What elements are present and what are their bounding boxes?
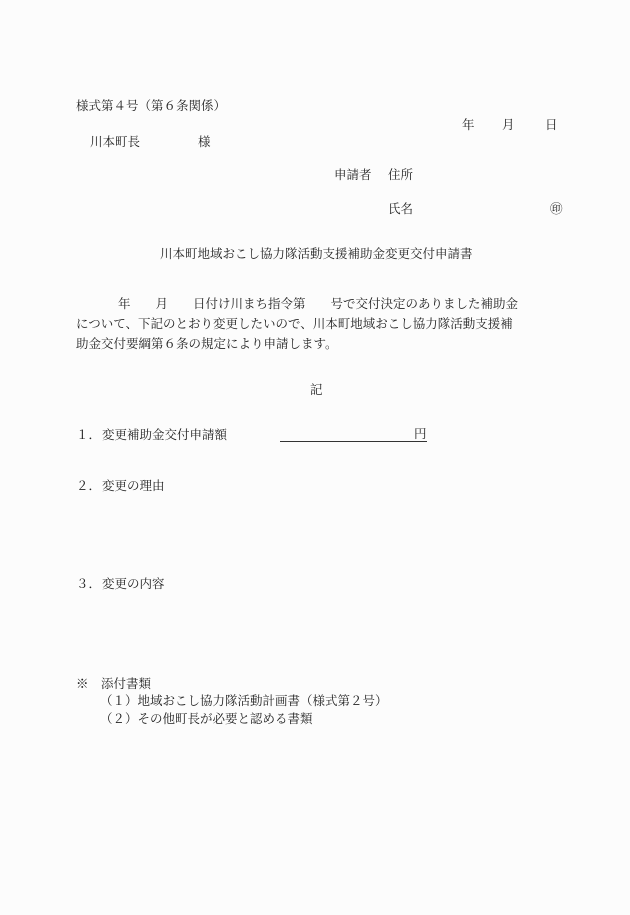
item-1-number: １． xyxy=(76,427,101,443)
item-2-label: 変更の理由 xyxy=(102,478,165,494)
item-3-label: 変更の内容 xyxy=(102,576,165,592)
item-2-number: ２． xyxy=(76,478,101,494)
attachments-header: ※ 添付書類 xyxy=(76,676,151,692)
item-3-number: ３． xyxy=(76,576,101,592)
name-label: 氏名 xyxy=(388,201,413,217)
body-paragraph: 年 月 日付け川まち指令第 号で交付決定のありました補助金 について、下記のとお… xyxy=(76,294,558,354)
ki-heading: 記 xyxy=(310,382,323,398)
body-line-3: 助金交付要綱第６条の規定により申請します。 xyxy=(76,334,558,354)
body-line-2: について、下記のとおり変更したいので、川本町地域おこし協力隊活動支援補 xyxy=(76,314,558,334)
address-label: 住所 xyxy=(388,167,413,183)
applicant-label: 申請者 xyxy=(334,167,372,183)
item-1-label: 変更補助金交付申請額 xyxy=(102,427,227,443)
document-title: 川本町地域おこし協力隊活動支援補助金変更交付申請書 xyxy=(160,246,473,262)
attachment-item-2: （２）その他町長が必要と認める書類 xyxy=(100,711,313,727)
attachment-item-1: （１）地域おこし協力隊活動計画書（様式第２号） xyxy=(100,693,388,709)
amount-field-underline[interactable] xyxy=(280,441,427,442)
date-year: 年 xyxy=(462,117,475,133)
form-number: 様式第４号（第６条関係） xyxy=(76,98,226,114)
item-1-unit: 円 xyxy=(414,426,427,442)
date-day: 日 xyxy=(545,117,558,133)
seal-mark-icon: ㊞ xyxy=(550,201,563,217)
date-month: 月 xyxy=(502,117,515,133)
body-line-1: 年 月 日付け川まち指令第 号で交付決定のありました補助金 xyxy=(76,294,558,314)
addressee-name: 川本町長 xyxy=(90,134,140,150)
addressee-honorific: 様 xyxy=(198,134,211,150)
